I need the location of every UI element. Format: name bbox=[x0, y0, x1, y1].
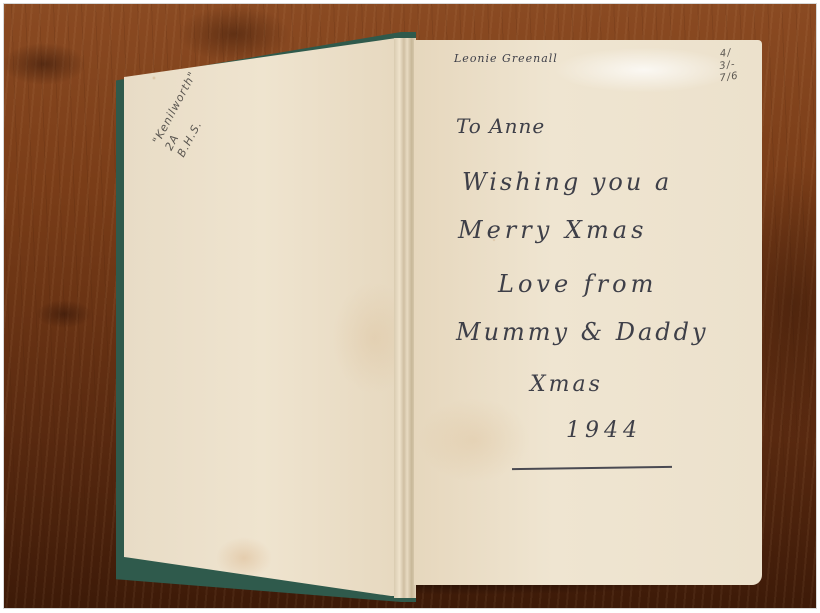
inscription-line: Mummy & Daddy bbox=[456, 318, 709, 346]
inscription-line: Love from bbox=[498, 270, 657, 298]
inscription-line: To Anne bbox=[456, 114, 545, 138]
owner-signature: Leonie Greenall bbox=[454, 52, 558, 65]
book-spine-gutter bbox=[394, 38, 416, 598]
inscription-line: Wishing you a bbox=[462, 168, 672, 196]
inscription-line: Xmas bbox=[530, 372, 603, 397]
inscription-line: Merry Xmas bbox=[458, 216, 647, 244]
inscription-year: 1944 bbox=[566, 418, 642, 443]
